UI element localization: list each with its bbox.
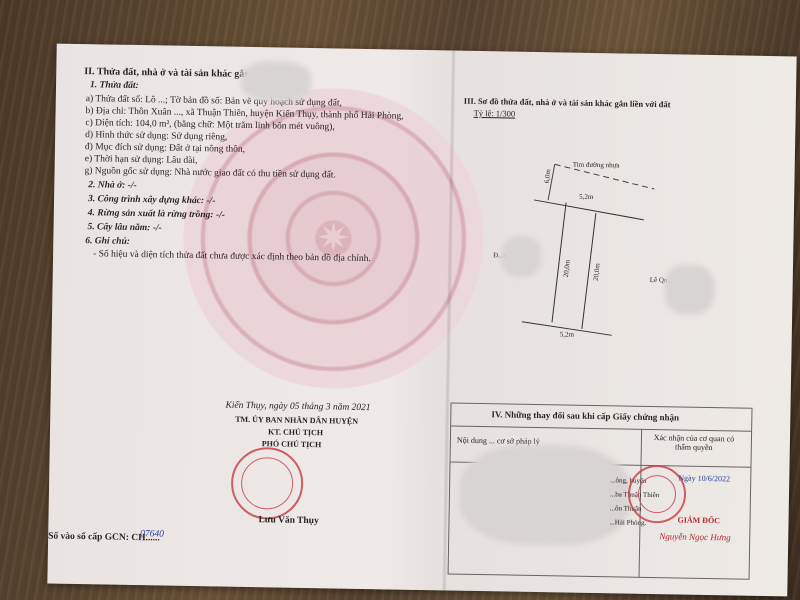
signer-role: KT. CHỦ TỊCH [268, 427, 323, 437]
registry-number: 07640 [140, 529, 164, 539]
land-certificate-document: ✷ II. Thửa đất, nhà ở và tài sản khác gắ… [47, 44, 796, 597]
road-label: Tim đường nhựa [573, 161, 620, 170]
land-heading: 1. Thửa đất: [90, 80, 139, 91]
changes-title-row: IV. Những thay đổi sau khi cấp Giấy chứn… [451, 404, 751, 432]
construction-item: 3. Công trình xây dựng khác: -/- [88, 194, 216, 206]
land-item: đ) Mục đích sử dụng: Đất ở tại nông thôn… [85, 142, 245, 155]
changes-title: IV. Những thay đổi sau khi cấp Giấy chứn… [491, 409, 679, 422]
bottom-width-label: 5,2m [560, 330, 574, 338]
top-width-label: 5,2m [579, 193, 593, 201]
redacted-entry [459, 444, 631, 547]
map-scale: Tỷ lệ: 1/300 [474, 108, 516, 119]
confirm-role: GIÁM ĐỐC [677, 515, 720, 525]
redacted-area [241, 61, 312, 102]
forest-item: 4. Rừng sản xuất là rừng trồng: -/- [88, 208, 225, 220]
house-item: 2. Nhà ở: -/- [88, 180, 137, 191]
star-watermark-icon: ✷ [315, 220, 352, 257]
confirm-name: Nguyễn Ngọc Hưng [659, 531, 731, 542]
changes-table: IV. Những thay đổi sau khi cấp Giấy chứn… [448, 403, 753, 580]
confirm-date: Ngày 10/6/2022 [678, 473, 730, 483]
redacted-area [501, 236, 542, 277]
entry-fragment: ...Hải Phòng. [609, 518, 646, 527]
notes-heading: 6. Ghi chú: [85, 236, 130, 247]
col2-header: Xác nhận của cơ quan có thẩm quyền [649, 433, 739, 453]
perennial-item: 5. Cây lâu năm: -/- [87, 222, 161, 233]
setback-label: 6,0m [543, 169, 552, 184]
signer-org: TM. ỦY BAN NHÂN DÂN HUYỆN [235, 415, 358, 426]
land-item: e) Thời hạn sử dụng: Lâu dài, [85, 154, 198, 166]
redacted-area [664, 264, 715, 315]
signer-name: Lưu Văn Thụy [258, 515, 318, 526]
issue-date: Kiến Thụy, ngày 05 tháng 3 năm 2021 [225, 401, 370, 414]
district-seal-icon [231, 447, 304, 520]
land-item: d) Hình thức sử dụng: Sử dụng riêng, [85, 130, 227, 142]
